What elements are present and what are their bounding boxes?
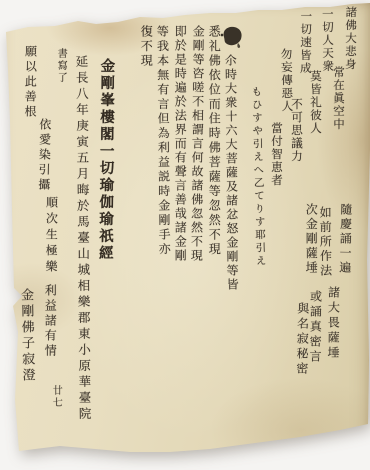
sutra-text-column: 尒時大衆十六大菩薩及諸忿怒金剛等皆 bbox=[224, 54, 239, 292]
ritual-note-column: 或誦真密言 bbox=[308, 290, 321, 365]
sutra-text-column: 金剛等咨嗟不相謂言何故諸佛忽然不現 bbox=[190, 25, 205, 263]
photo-background: 諸佛大悲身常在眞空中一切人天衆莫皆礼彼人一切速皆成不可思議力勿妄傳惡人當付智恵者… bbox=[0, 0, 370, 470]
ritual-note-column: 與名寂秘密 bbox=[295, 302, 309, 377]
ritual-note-column: 諸大畏薩埵 bbox=[326, 286, 339, 361]
verse-line: 諸佛大悲身 bbox=[345, 6, 358, 71]
sutra-title-column: 金剛峯樓閣一切瑜伽瑜祇經 bbox=[98, 58, 115, 262]
sutra-text-column: 等我本無有言但為利益説時金剛手亦 bbox=[156, 25, 171, 257]
age-note: 廿七 bbox=[50, 385, 61, 409]
verse-line: 勿妄傳惡人 bbox=[280, 48, 293, 113]
sutra-text-column: 復不現 bbox=[140, 25, 153, 69]
dedication-column: 依愛染引攝 bbox=[37, 118, 51, 193]
date-place-column: 延長八年庚寅五月晦於馬臺山城相樂郡東小原華臺院 bbox=[75, 55, 91, 423]
copy-note-column: 書寫了 bbox=[55, 48, 66, 84]
verse-line: 莫皆礼彼人 bbox=[310, 70, 322, 135]
dedication-column: 利益諸有情 bbox=[44, 284, 57, 359]
ritual-note-column: 隨慶誦一遍 bbox=[338, 203, 352, 276]
ritual-note-column: 次金剛薩埵 bbox=[305, 203, 318, 276]
text-layer: 諸佛大悲身常在眞空中一切人天衆莫皆礼彼人一切速皆成不可思議力勿妄傳惡人當付智恵者… bbox=[0, 0, 370, 470]
sutra-text-column: 即於是時遍於法界而有聲言善哉諸金剛 bbox=[174, 25, 187, 263]
verse-line: 當付智恵者 bbox=[271, 122, 283, 187]
ritual-note-column: 如前所作法 bbox=[318, 206, 331, 279]
dedication-column: 願以此善根 bbox=[23, 45, 36, 120]
sutra-text-column: 悉礼佛依位而住時佛菩薩等忽然不現 bbox=[208, 25, 221, 257]
dedication-column: 順次生極樂 bbox=[44, 196, 57, 276]
siddham-seed-ink-mark bbox=[218, 24, 245, 49]
manuscript-paper: 諸佛大悲身常在眞空中一切人天衆莫皆礼彼人一切速皆成不可思議力勿妄傳惡人當付智恵者… bbox=[0, 0, 370, 470]
verse-line: 常在眞空中 bbox=[333, 66, 345, 131]
verse-line: 一切速皆成 bbox=[300, 10, 313, 75]
mantra-column: もひすや引えへ乙てりす耶引え bbox=[250, 86, 266, 268]
signature-column: 金剛佛子寂澄 bbox=[18, 288, 33, 384]
verse-line: 一切人天衆 bbox=[322, 8, 335, 73]
